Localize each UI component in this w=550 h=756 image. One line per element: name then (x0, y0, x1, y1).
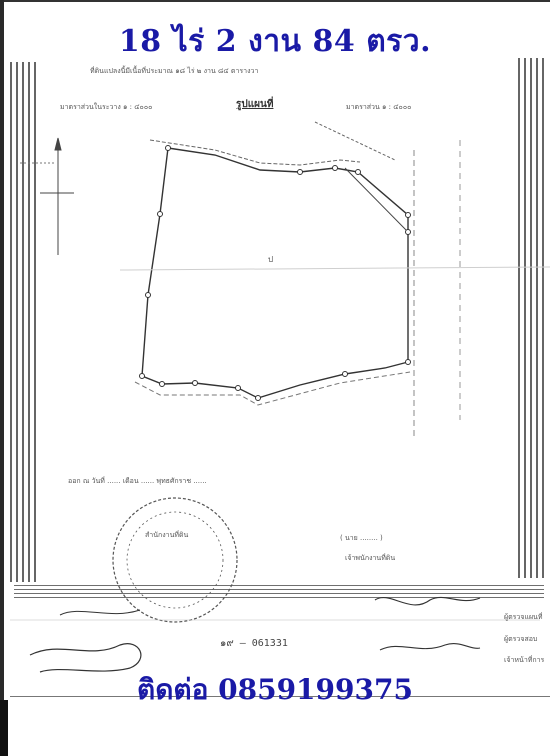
parcel-boundary (142, 148, 408, 398)
deed-officer-name: ( นาย ........ ) (340, 533, 383, 544)
right-label-2: ผู้ตรวจสอบ (504, 634, 537, 645)
deed-seal-text: สำนักงานที่ดิน (145, 530, 188, 541)
right-label-3: เจ้าหน้าที่การ (504, 655, 544, 666)
contact-phone: ติดต่อ 0859199375 (0, 668, 550, 712)
official-seal-icon (113, 498, 237, 622)
deed-issue-line: ออก ณ วันที่ ...... เดือน ...... พุทธศัก… (68, 476, 207, 487)
parcel-label: ป (268, 255, 273, 264)
north-arrow-icon (40, 138, 74, 255)
right-label-1: ผู้ตรวจแผนที่ (504, 612, 542, 623)
deed-officer-title: เจ้าพนักงานที่ดิน (345, 553, 395, 564)
deed-number: ๑๙ — 061331 (220, 636, 288, 651)
